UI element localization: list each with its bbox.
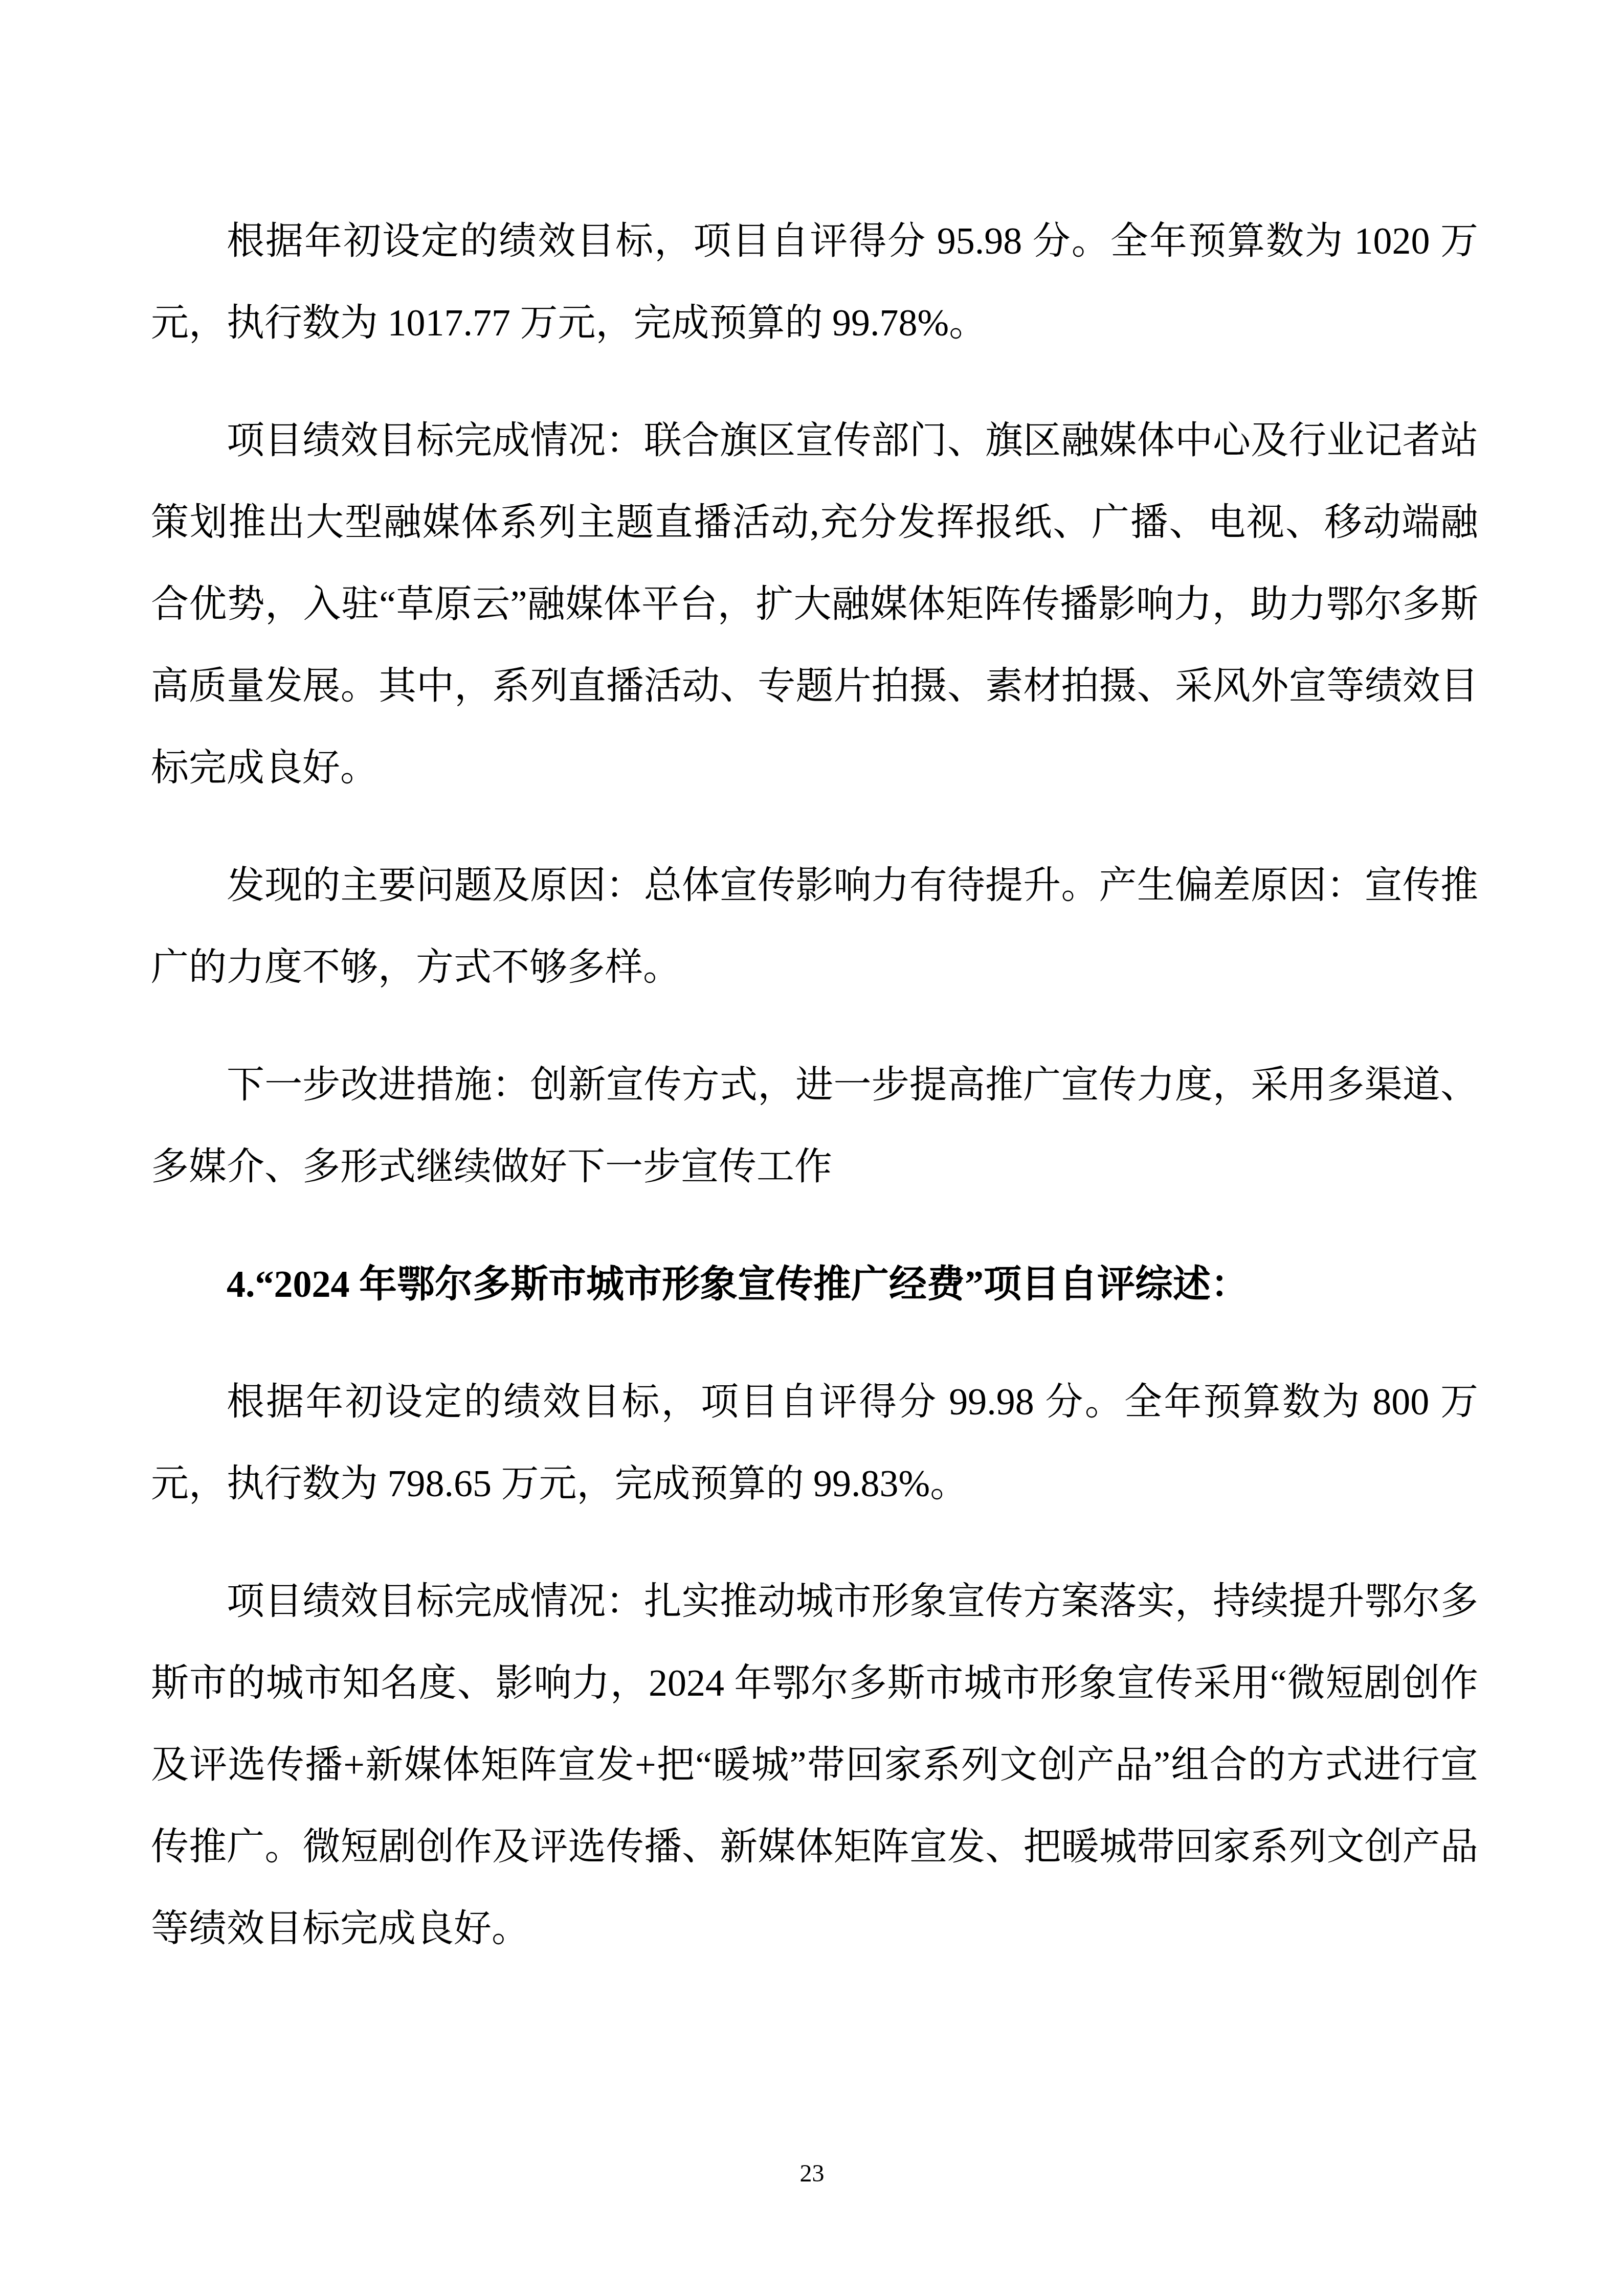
paragraph-self-eval-summary-4: 根据年初设定的绩效目标，项目自评得分 99.98 分。全年预算数为 800 万元… [151, 1361, 1478, 1525]
document-content: 根据年初设定的绩效目标，项目自评得分 95.98 分。全年预算数为 1020 万… [151, 200, 1478, 2006]
paragraph-improvement-measures-3: 下一步改进措施：创新宣传方式，进一步提高推广宣传力度，采用多渠道、多媒介、多形式… [151, 1044, 1478, 1208]
section-heading-project-4: 4.“2024 年鄂尔多斯市城市形象宣传推广经费”项目自评综述： [151, 1244, 1478, 1325]
paragraph-performance-completion-3: 项目绩效目标完成情况：联合旗区宣传部门、旗区融媒体中心及行业记者站策划推出大型融… [151, 400, 1478, 809]
page-number: 23 [0, 2159, 1624, 2188]
paragraph-self-eval-summary-3: 根据年初设定的绩效目标，项目自评得分 95.98 分。全年预算数为 1020 万… [151, 200, 1478, 364]
document-page: 根据年初设定的绩效目标，项目自评得分 95.98 分。全年预算数为 1020 万… [0, 0, 1624, 2296]
paragraph-performance-completion-4: 项目绩效目标完成情况：扎实推动城市形象宣传方案落实，持续提升鄂尔多斯市的城市知名… [151, 1561, 1478, 1970]
paragraph-problems-causes-3: 发现的主要问题及原因：总体宣传影响力有待提升。产生偏差原因：宣传推广的力度不够，… [151, 845, 1478, 1008]
